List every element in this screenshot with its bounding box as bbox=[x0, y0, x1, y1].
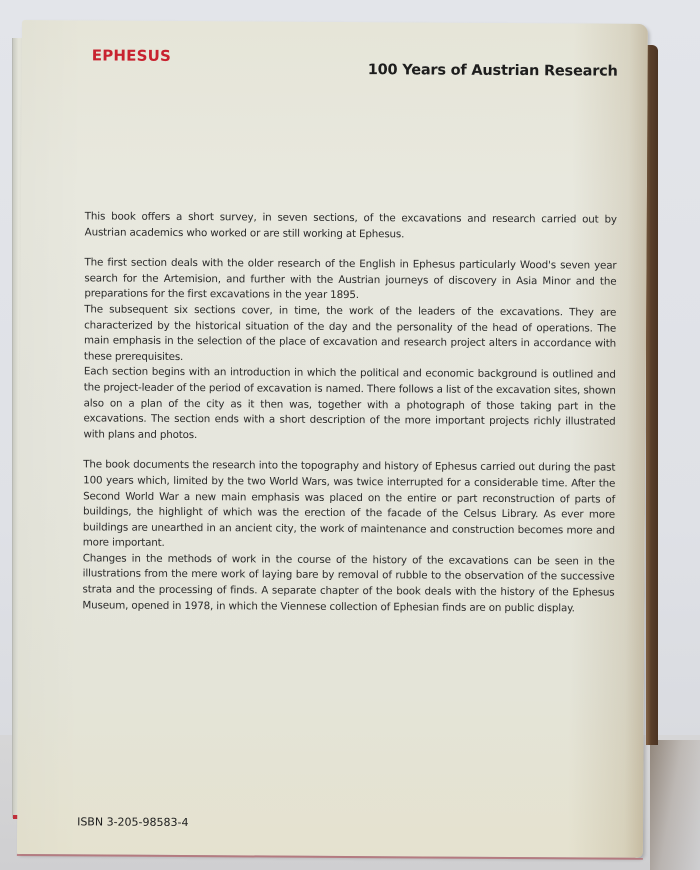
book-binding-edge bbox=[646, 45, 658, 745]
brand-title: EPHESUS bbox=[92, 46, 171, 64]
book-subtitle: 100 Years of Austrian Research bbox=[368, 62, 618, 80]
blurb-paragraph: The book documents the research into the… bbox=[83, 458, 616, 555]
book-back-cover: EPHESUS 100 Years of Austrian Research T… bbox=[17, 20, 648, 858]
blurb-paragraph: Changes in the methods of work in the co… bbox=[82, 551, 614, 617]
blurb-paragraph: The subsequent six sections cover, in ti… bbox=[84, 302, 616, 368]
blurb-paragraph: The first section deals with the older r… bbox=[84, 256, 616, 306]
isbn-number: ISBN 3-205-98583-4 bbox=[77, 815, 188, 829]
blurb-text: This book offers a short survey, in seve… bbox=[82, 209, 616, 616]
blurb-paragraph: Each section begins with an introduction… bbox=[83, 365, 615, 446]
book-shadow bbox=[650, 740, 700, 870]
blurb-paragraph: This book offers a short survey, in seve… bbox=[85, 209, 617, 243]
